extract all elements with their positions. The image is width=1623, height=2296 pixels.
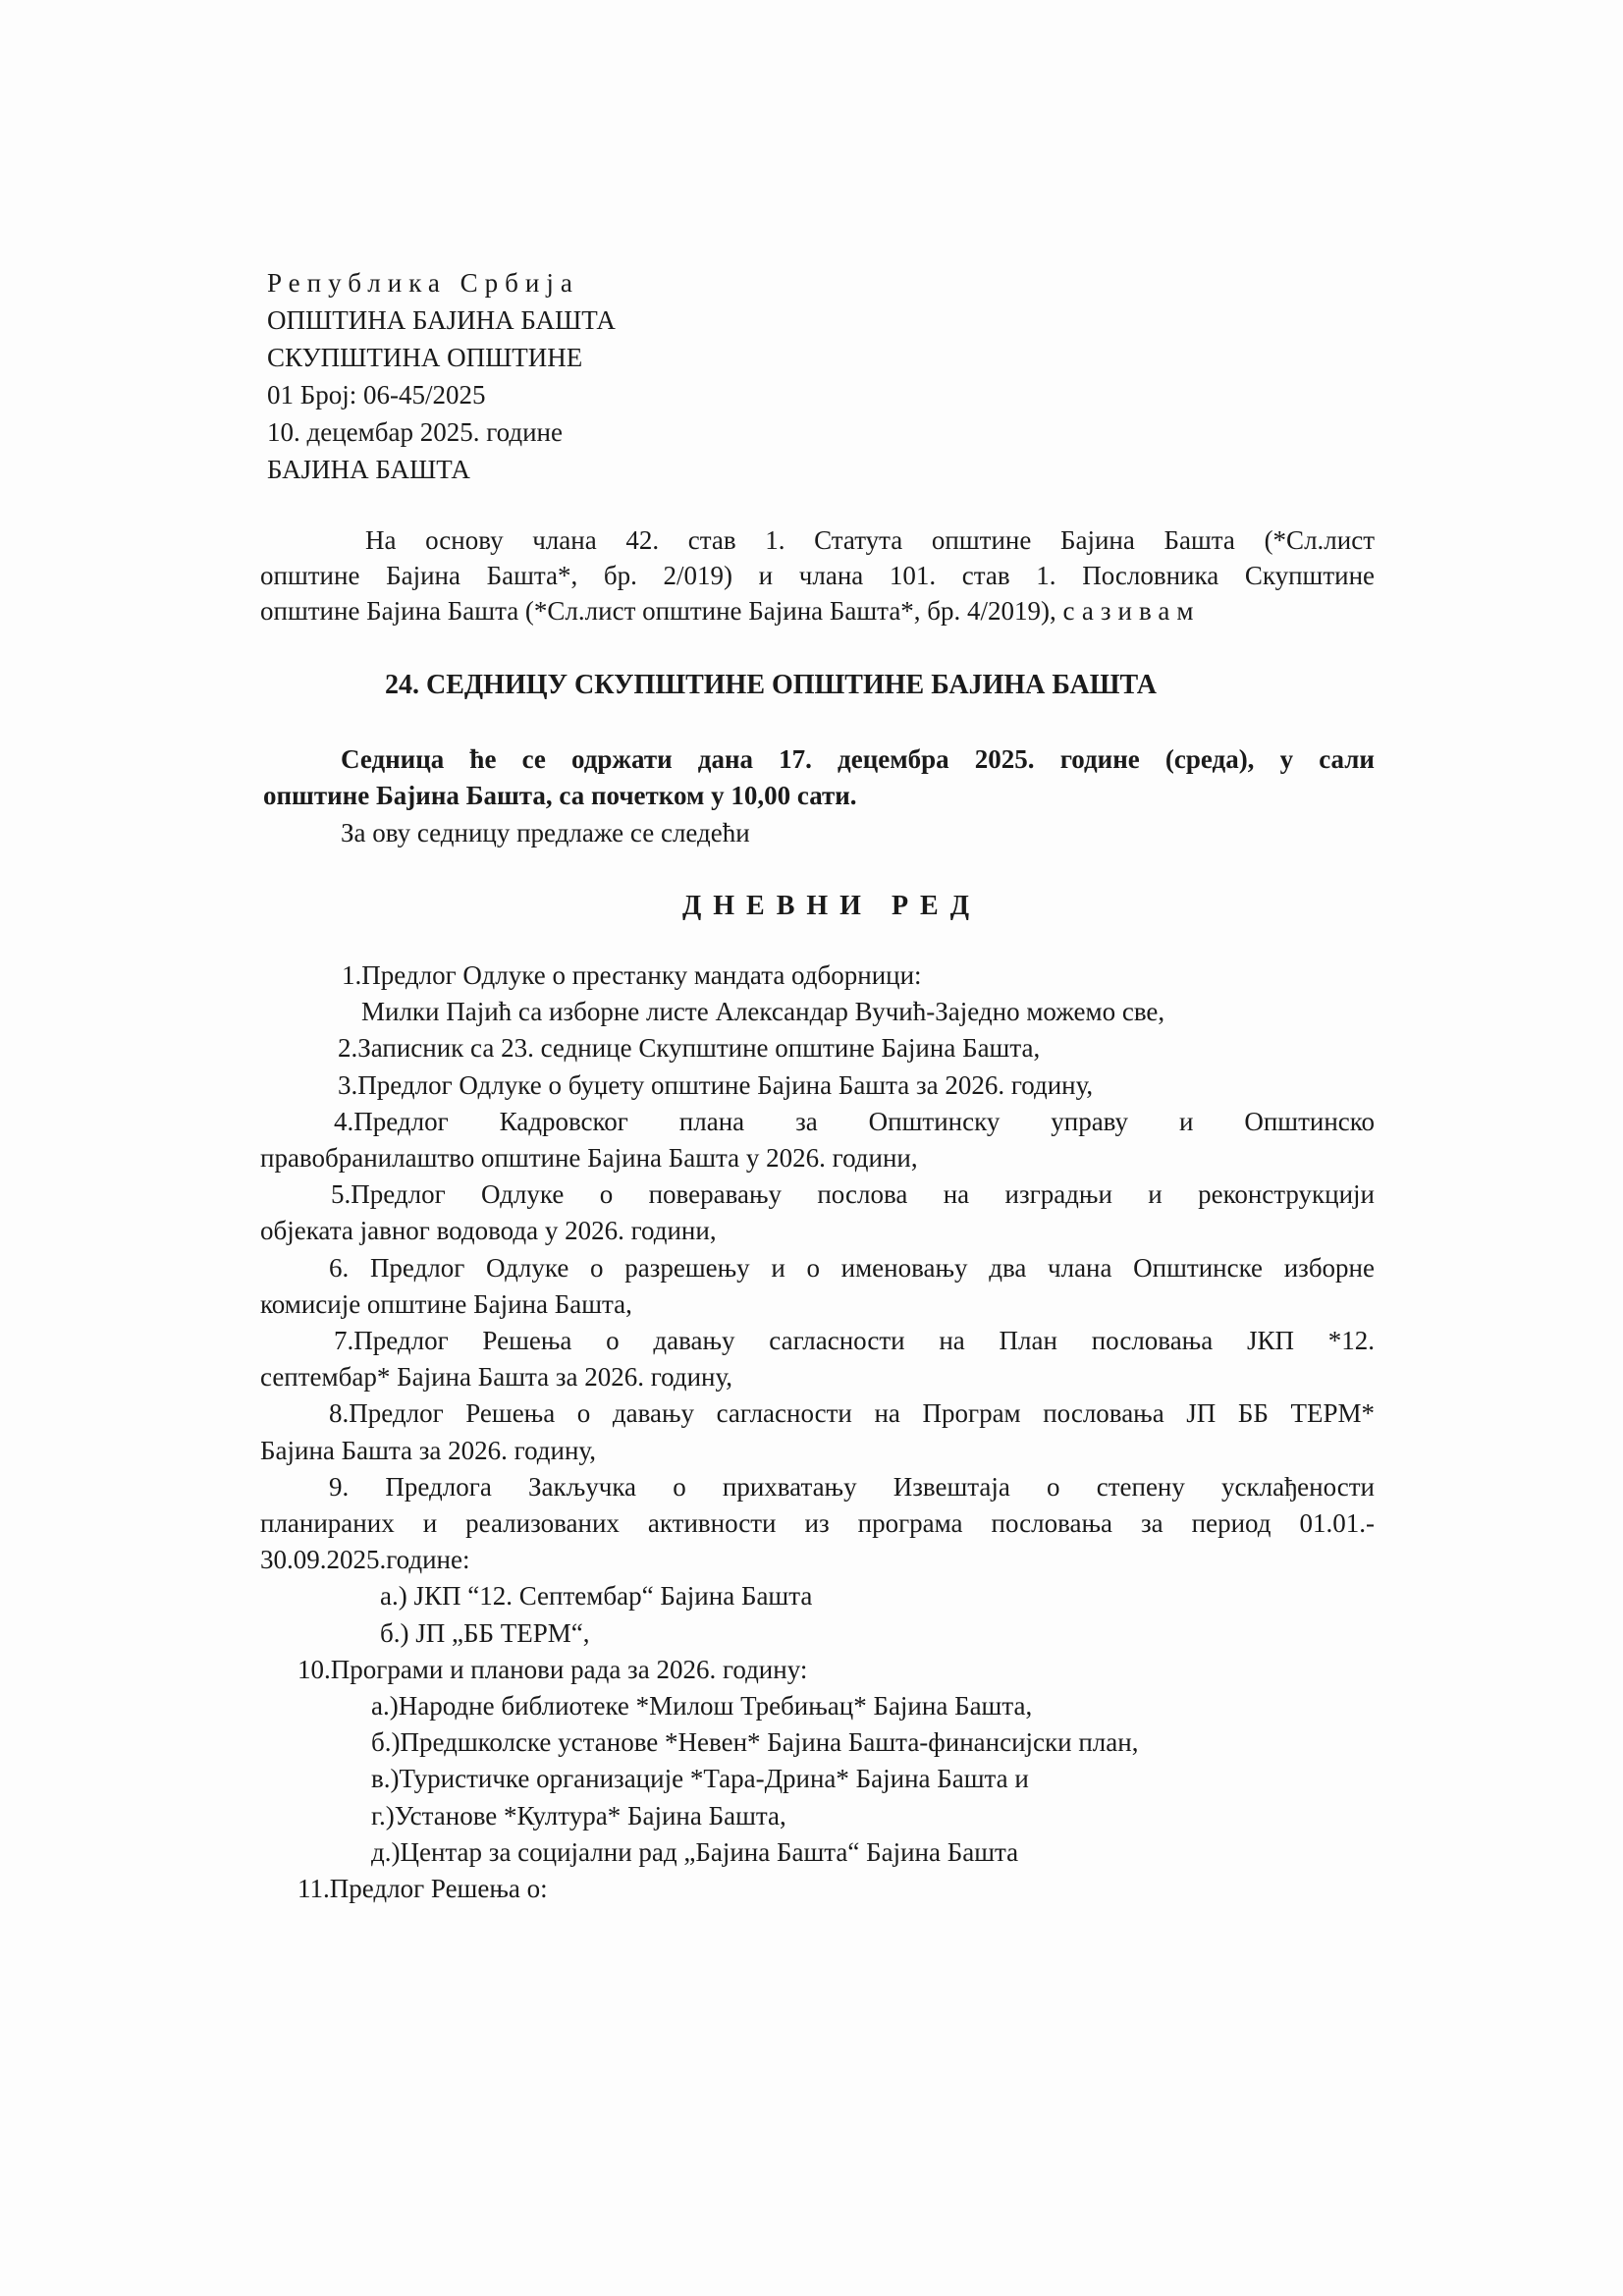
intro-line-3-text: општине Бајина Башта (*Сл.лист општине Б…	[260, 596, 1056, 626]
document-page: Република Србија ОПШТИНА БАЈИНА БАШТА СК…	[0, 0, 1623, 2296]
session-info-line-1: Седница ће се одржати дана 17. децембра …	[341, 741, 1375, 777]
intro-line-2: општине Бајина Башта*, бр. 2/019) и члан…	[260, 558, 1375, 593]
agenda-line: 6. Предлог Одлуке о разрешењу и о именов…	[329, 1250, 1375, 1285]
agenda-line: 7.Предлог Решења о давању сагласности на…	[334, 1323, 1375, 1358]
agenda-line: в.)Туристичке организације *Тара-Дрина* …	[371, 1761, 1029, 1796]
agenda-line: 9. Предлога Закључка о прихватању Извешт…	[329, 1469, 1375, 1504]
agenda-line: 4.Предлог Кадровског плана за Општинску …	[334, 1104, 1375, 1139]
agenda-line: Бајина Башта за 2026. годину,	[260, 1433, 596, 1468]
agenda-line: б.) ЈП „ББ ТЕРМ“,	[380, 1615, 589, 1651]
agenda-line: 1.Предлог Одлуке о престанку мандата одб…	[342, 957, 922, 993]
session-info-line-3: За ову седницу предлаже се следећи	[341, 815, 750, 850]
agenda-line: планираних и реализованих активности из …	[260, 1505, 1375, 1541]
header-date: 10. децембар 2025. године	[267, 414, 563, 450]
agenda-line: г.)Установе *Култура* Бајина Башта,	[371, 1798, 786, 1833]
agenda-line: б.)Предшколске установе *Невен* Бајина Б…	[371, 1724, 1138, 1760]
agenda-line: Милки Пајић са изборне листе Александар …	[361, 994, 1164, 1029]
agenda-line: 2.Записник са 23. седнице Скупштине општ…	[338, 1030, 1040, 1066]
agenda-line: 3.Предлог Одлуке о буџету општине Бајина…	[338, 1067, 1093, 1103]
header-country: Република Србија	[267, 265, 579, 301]
agenda-line: 30.09.2025.године:	[260, 1542, 470, 1577]
agenda-line: септембар* Бајина Башта за 2026. годину,	[260, 1359, 732, 1394]
agenda-line: објеката јавног водовода у 2026. години,	[260, 1213, 717, 1248]
agenda-line: 11.Предлог Решења о:	[298, 1871, 548, 1906]
agenda-line: а.) ЈКП “12. Септембар“ Бајина Башта	[380, 1578, 812, 1613]
intro-line-3: општине Бајина Башта (*Сл.лист општине Б…	[260, 593, 1375, 629]
header-reference-number: 01 Број: 06-45/2025	[267, 377, 486, 412]
intro-verb: сазивам	[1063, 596, 1201, 626]
agenda-line: а.)Народне библиотеке *Милош Требињац* Б…	[371, 1688, 1032, 1723]
intro-line-1: На основу члана 42. став 1. Статута општ…	[365, 522, 1375, 558]
agenda-line: д.)Центар за социјални рад „Бајина Башта…	[371, 1834, 1018, 1870]
header-municipality: ОПШТИНА БАЈИНА БАШТА	[267, 302, 616, 338]
agenda-title: ДНЕВНИ РЕД	[682, 889, 981, 924]
session-title: 24. СЕДНИЦУ СКУПШТИНЕ ОПШТИНЕ БАЈИНА БАШ…	[385, 668, 1157, 703]
agenda-line: 10.Програми и планови рада за 2026. годи…	[298, 1652, 807, 1687]
agenda-line: правобранилаштво општине Бајина Башта у …	[260, 1140, 918, 1175]
agenda-line: 5.Предлог Одлуке о поверавању послова на…	[331, 1176, 1375, 1212]
header-place: БАЈИНА БАШТА	[267, 452, 470, 487]
session-info-line-2: општине Бајина Башта, са почетком у 10,0…	[263, 778, 857, 813]
header-assembly: СКУПШТИНА ОПШТИНЕ	[267, 340, 582, 375]
agenda-line: комисије општине Бајина Башта,	[260, 1286, 632, 1322]
agenda-line: 8.Предлог Решења о давању сагласности на…	[329, 1395, 1375, 1431]
